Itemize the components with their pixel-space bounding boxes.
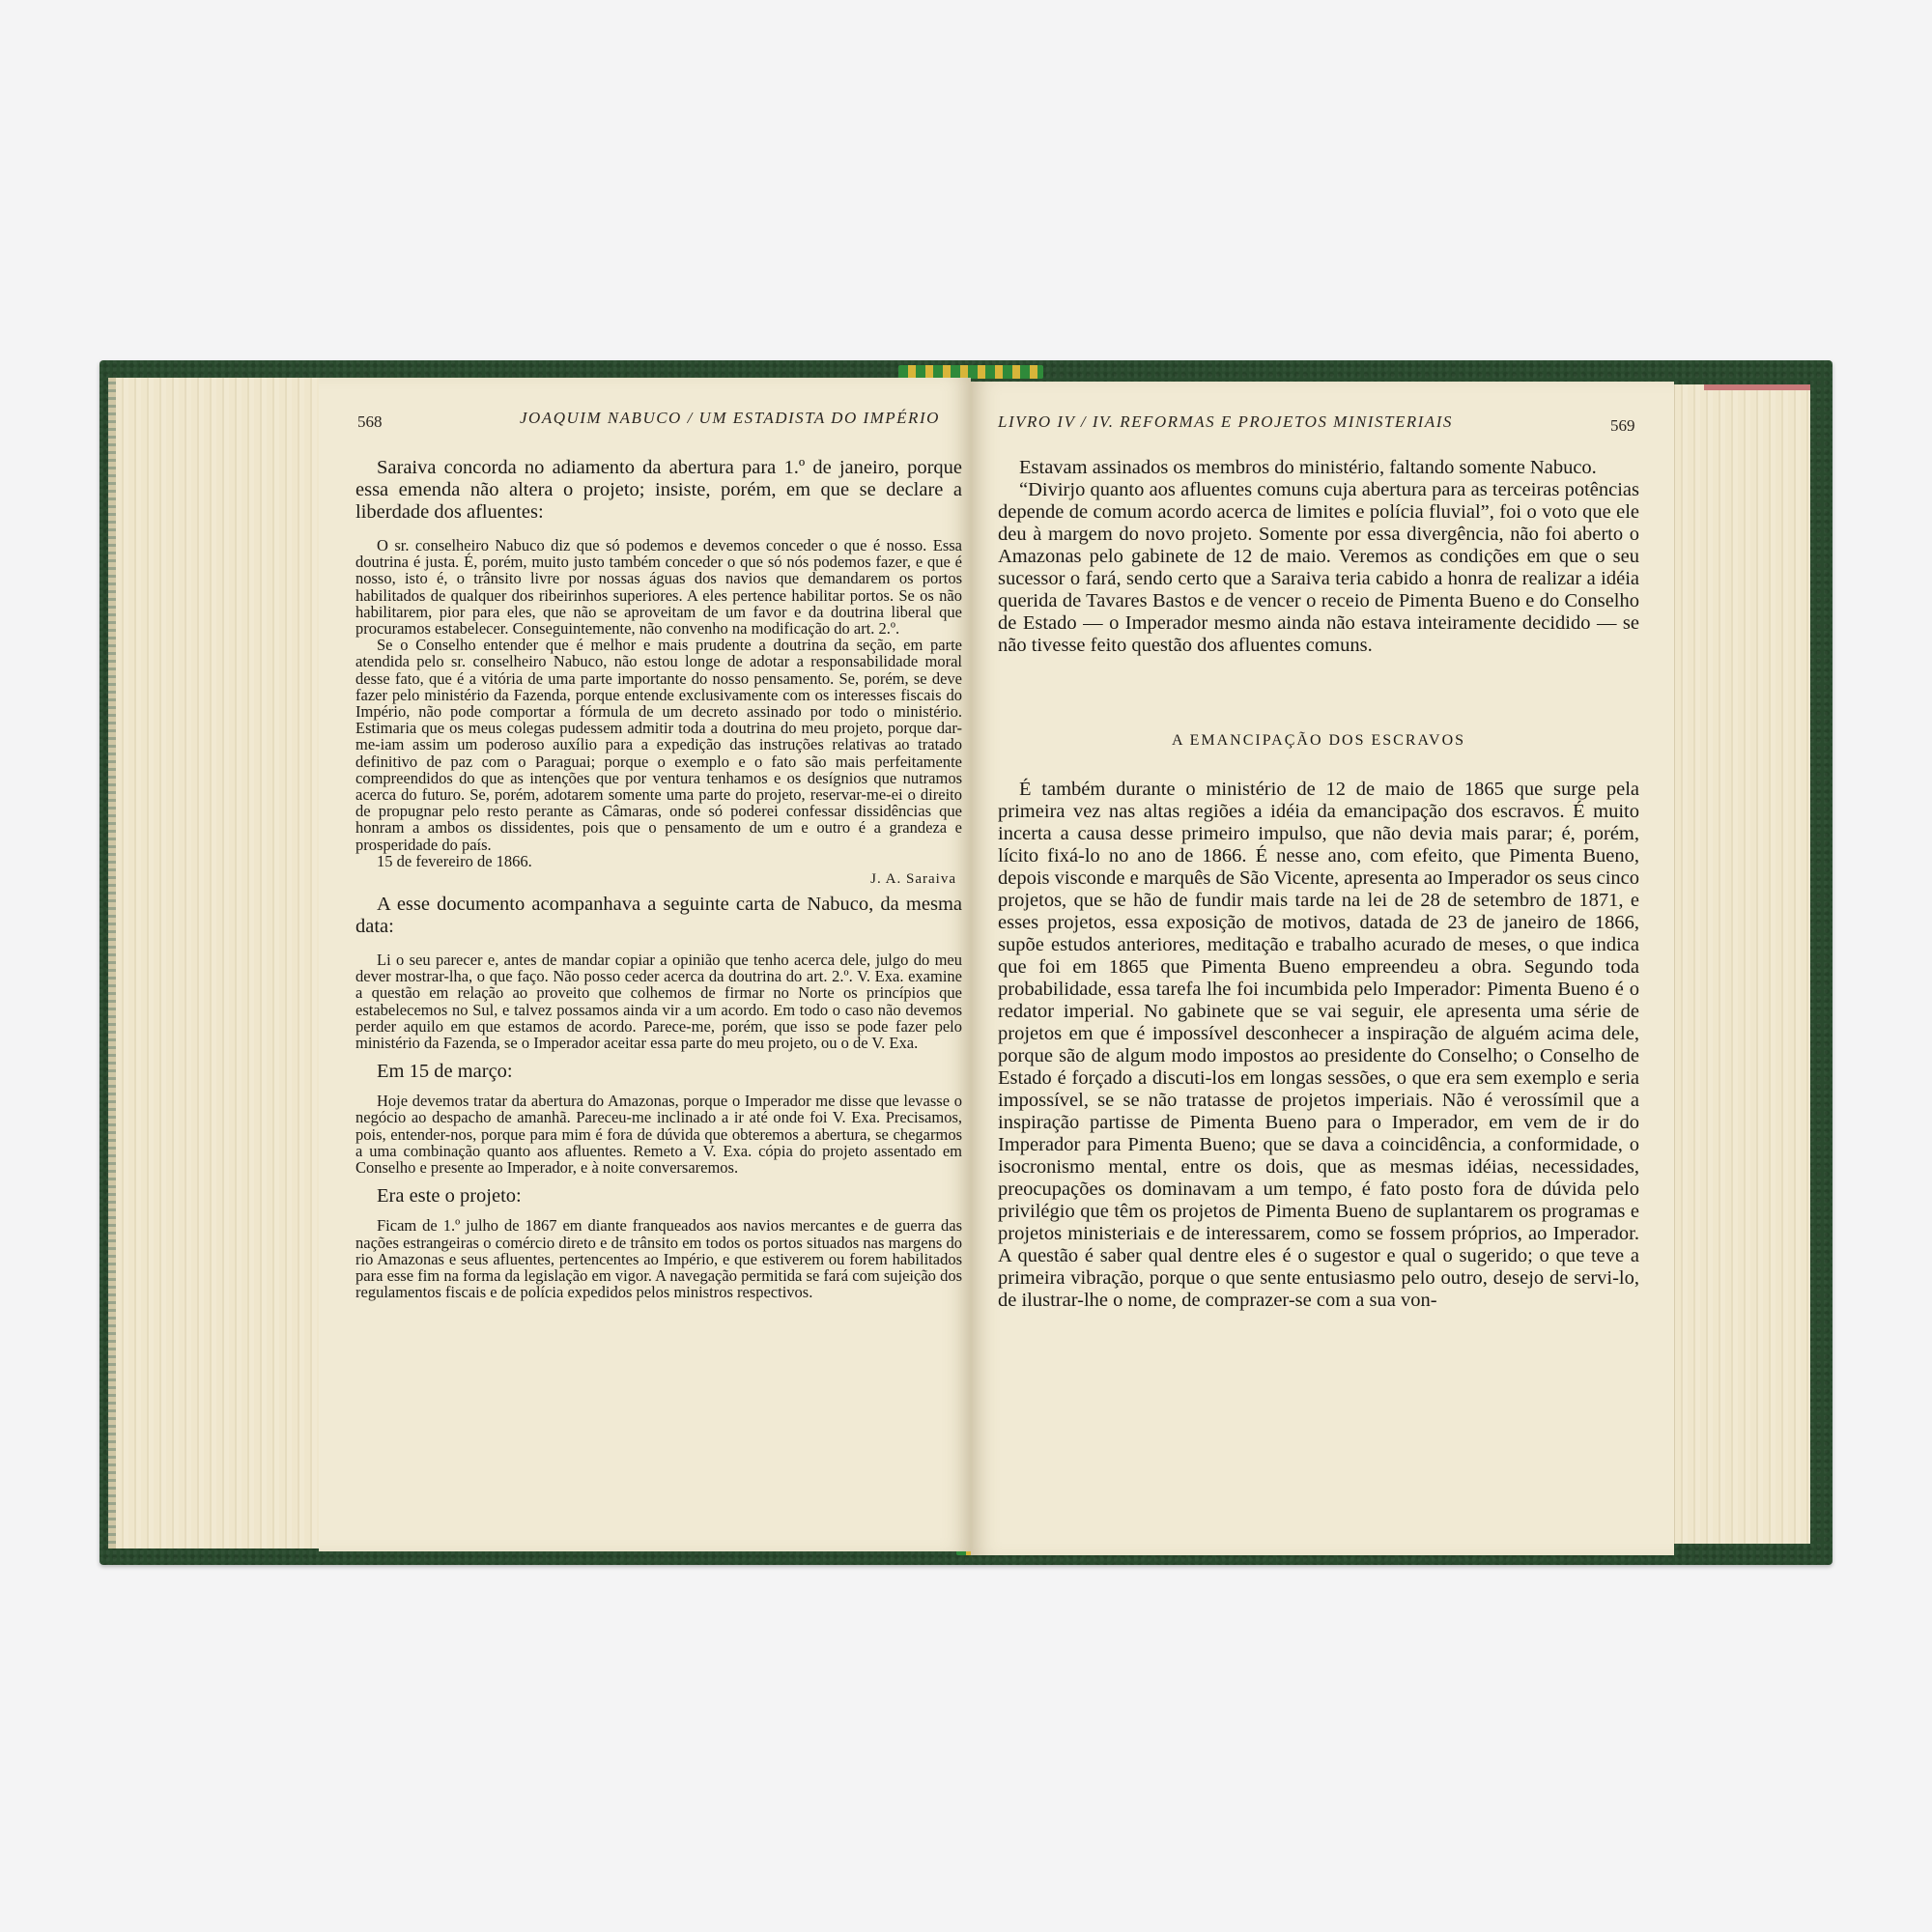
quote-paragraph: O sr. conselheiro Nabuco diz que só pode…: [355, 537, 962, 637]
headband-top: [898, 365, 1043, 379]
paragraph: Era este o projeto:: [355, 1185, 962, 1207]
quote-date: 15 de fevereiro de 1866.: [355, 853, 962, 869]
page-number: 569: [1610, 416, 1635, 436]
paragraph: É também durante o ministério de 12 de m…: [998, 779, 1639, 1312]
right-page: LIVRO IV / IV. REFORMAS E PROJETOS MINIS…: [971, 382, 1674, 1555]
paragraph: Em 15 de março:: [355, 1061, 962, 1083]
paragraph: Estavam assinados os membros do ministér…: [998, 457, 1639, 479]
quote-paragraph: Se o Conselho entender que é melhor e ma…: [355, 637, 962, 853]
signature: J. A. Saraiva: [355, 871, 962, 888]
paragraph: Saraiva concorda no adiamento da abertur…: [355, 457, 962, 524]
paragraph: A esse documento acompanhava a seguinte …: [355, 894, 962, 938]
paragraph: “Divirjo quanto aos afluentes comuns cuj…: [998, 479, 1639, 657]
page-number: 568: [357, 412, 383, 432]
left-page-body: Saraiva concorda no adiamento da abertur…: [355, 457, 962, 1300]
page-block-right: [1674, 384, 1810, 1544]
page-block-left: [116, 378, 320, 1548]
left-page: 568 JOAQUIM NABUCO / UM ESTADISTA DO IMP…: [319, 378, 971, 1551]
quote-paragraph: Li o seu parecer e, antes de mandar copi…: [355, 952, 962, 1051]
quote-paragraph: Ficam de 1.º julho de 1867 em diante fra…: [355, 1217, 962, 1300]
running-head: JOAQUIM NABUCO / UM ESTADISTA DO IMPÉRIO: [520, 409, 940, 428]
running-head: LIVRO IV / IV. REFORMAS E PROJETOS MINIS…: [998, 412, 1453, 432]
quote-paragraph: Hoje devemos tratar da abertura do Amazo…: [355, 1093, 962, 1176]
section-heading: A EMANCIPAÇÃO DOS ESCRAVOS: [998, 732, 1639, 750]
right-page-body: Estavam assinados os membros do ministér…: [998, 457, 1639, 1312]
